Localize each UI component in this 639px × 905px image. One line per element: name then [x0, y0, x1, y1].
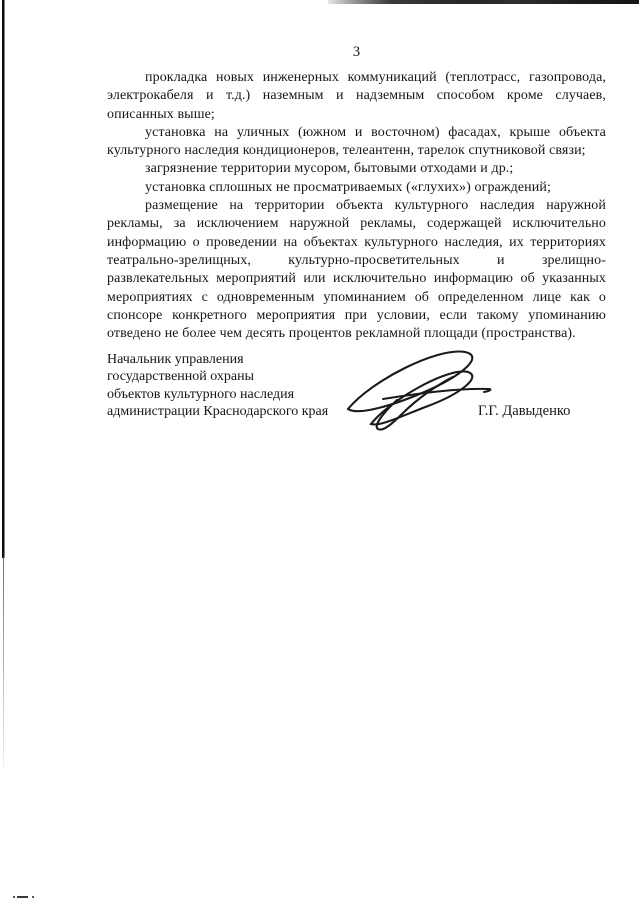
signer-position-line: объектов культурного наследия [107, 386, 367, 403]
text-line: рекламы, за исключением наружной рекламы… [107, 215, 606, 233]
signer-position-line: государственной охраны [107, 368, 367, 385]
text-line: отведено не более чем десять процентов р… [107, 325, 606, 343]
paragraph: установка на уличных (южном и восточном)… [107, 124, 606, 161]
scan-band-top [328, 0, 639, 4]
text-line: развлекательных мероприятий или исключит… [107, 270, 606, 288]
text-line: мероприятиях с одновременным упоминанием… [107, 289, 606, 307]
text-line: спонсоре конкретного мероприятия при усл… [107, 307, 606, 325]
document-body: прокладка новых инженерных коммуникаций … [107, 69, 606, 343]
scan-edge-line-left [2, 0, 5, 558]
text-line: прокладка новых инженерных коммуникаций … [107, 69, 606, 87]
scanned-document-page: 3 прокладка новых инженерных коммуникаци… [0, 0, 639, 905]
text-line: установка на уличных (южном и восточном)… [107, 124, 606, 142]
scan-edge-line-left-faint [3, 556, 4, 770]
paragraph: прокладка новых инженерных коммуникаций … [107, 69, 606, 124]
signature-block: Начальник управления государственной охр… [107, 351, 367, 421]
handwritten-signature-icon [333, 343, 495, 433]
signer-position-line: Начальник управления [107, 351, 367, 368]
text-line: электрокабеля и т.д.) наземным и надземн… [107, 87, 606, 105]
paragraph: установка сплошных не просматриваемых («… [107, 179, 606, 197]
page-number: 3 [107, 44, 606, 61]
text-line: установка сплошных не просматриваемых («… [107, 179, 606, 197]
paragraph: загрязнение территории мусором, бытовыми… [107, 160, 606, 178]
text-line: описанных выше; [107, 106, 606, 124]
text-line: театрально-зрелищных, культурно-просвети… [107, 252, 606, 270]
paragraph: размещение на территории объекта культур… [107, 197, 606, 343]
text-line: размещение на территории объекта культур… [107, 197, 606, 215]
text-line: культурного наследия кондиционеров, теле… [107, 142, 606, 160]
text-line: информацию о проведении на объектах куль… [107, 234, 606, 252]
signer-position-line: администрации Краснодарского края [107, 403, 367, 420]
signer-name: Г.Г. Давыденко [478, 403, 570, 420]
scan-mark-bottom-left [13, 896, 35, 898]
text-line: загрязнение территории мусором, бытовыми… [107, 160, 606, 178]
